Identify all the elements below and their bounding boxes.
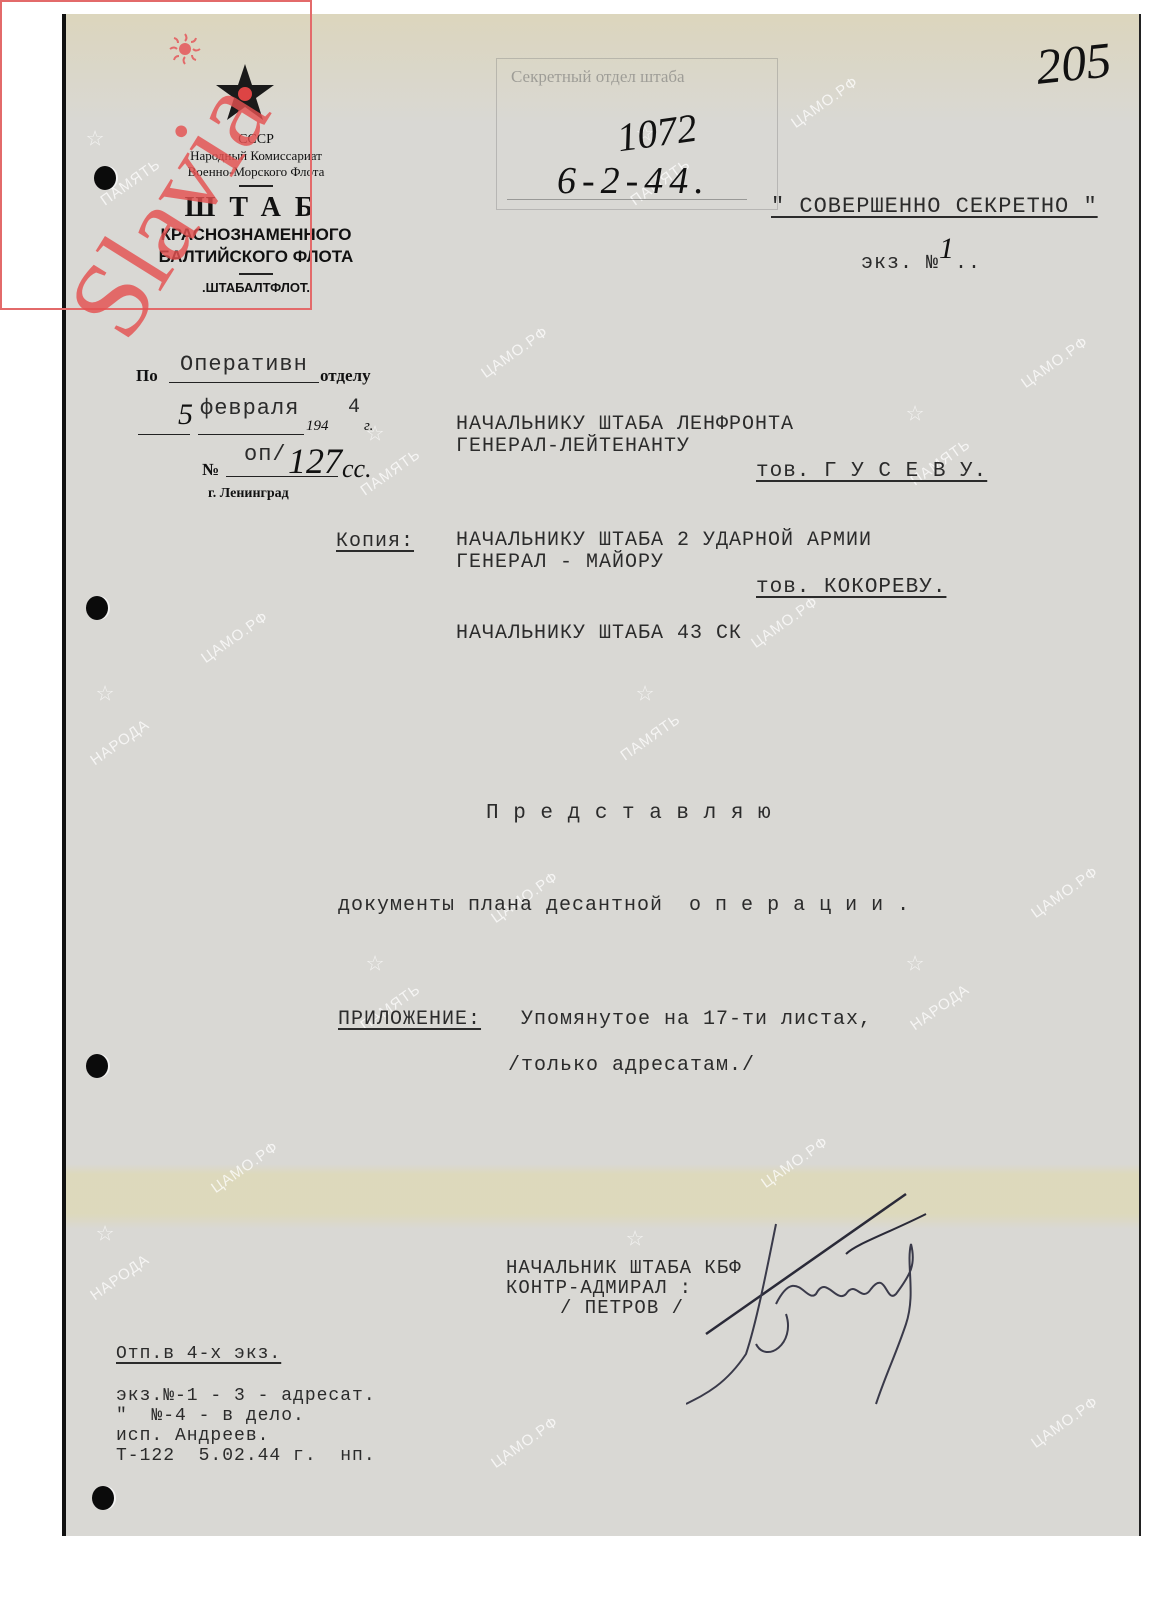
date-day: 5 — [178, 398, 193, 432]
form-line — [198, 434, 304, 435]
copy-addressee-2: НАЧАЛЬНИКУ ШТАБА 43 СК — [456, 622, 742, 645]
body-line1: П р е д с т а в л я ю — [486, 802, 772, 825]
footer-line1: экз.№-1 - 3 - адресат. — [116, 1386, 376, 1406]
attachment-note: /только адресатам./ — [508, 1054, 755, 1077]
signature-name: / ПЕТРОВ / — [506, 1297, 684, 1319]
copy-label: Копия: — [336, 530, 414, 553]
copy-number-label: экз. №1.. — [861, 242, 981, 276]
date-year-prefix: 194 — [306, 418, 329, 435]
copy-number: 1 — [939, 232, 955, 265]
punch-hole — [86, 1054, 108, 1078]
archive-watermark: ЦАМО.РФ — [1018, 333, 1091, 391]
footer-line2: " №-4 - в дело. — [116, 1406, 305, 1426]
date-year-suffix: г. — [364, 418, 373, 435]
archive-watermark: НАРОДА — [87, 1251, 152, 1304]
copy-addressee-1: НАЧАЛЬНИКУ ШТАБА 2 УДАРНОЙ АРМИИ ГЕНЕРАЛ… — [456, 530, 872, 574]
primary-addressee-name: тов. Г У С Е В У. — [756, 460, 987, 483]
archive-watermark: ЦАМО.РФ — [1028, 863, 1101, 921]
classification-label: " СОВЕРШЕННО СЕКРЕТНО " — [771, 194, 1098, 219]
primary-addressee-line2: ГЕНЕРАЛ-ЛЕЙТЕНАНТУ — [456, 435, 690, 458]
archive-watermark: ЦАМО.РФ — [208, 1138, 281, 1196]
footer-line4: Т-122 5.02.44 г. нп. — [116, 1446, 376, 1466]
star-watermark-icon: ☆ — [906, 394, 924, 431]
copy-addressee-1-line2: ГЕНЕРАЛ - МАЙОРУ — [456, 551, 664, 574]
stamp-line — [507, 199, 747, 200]
number-prefix: № — [202, 460, 219, 480]
dept-prefix: По — [136, 366, 158, 386]
number-suffix: сс. — [342, 454, 372, 484]
primary-addressee: НАЧАЛЬНИКУ ШТАБА ЛЕНФРОНТА ГЕНЕРАЛ-ЛЕЙТЕ… — [456, 414, 794, 458]
form-line — [169, 382, 319, 383]
form-line — [138, 434, 190, 435]
footer-copies: Отп.в 4-х экз. — [116, 1344, 281, 1364]
signature-rank: КОНТР-АДМИРАЛ : — [506, 1277, 692, 1299]
archive-watermark: ЦАМО.РФ — [198, 608, 271, 666]
archive-watermark: ЦАМО.РФ — [788, 73, 861, 131]
registration-date: 6-2-44. — [557, 159, 710, 203]
archive-watermark: ЦАМО.РФ — [488, 1413, 561, 1471]
stamp-header: Секретный отдел штаба — [511, 67, 685, 87]
primary-addressee-line1: НАЧАЛЬНИКУ ШТАБА ЛЕНФРОНТА — [456, 413, 794, 436]
archive-watermark: НАРОДА — [907, 981, 972, 1034]
star-watermark-icon: ☆ — [366, 944, 384, 981]
punch-hole — [92, 1486, 114, 1510]
number-typed: оп/ — [244, 442, 287, 467]
punch-hole — [86, 596, 108, 620]
form-line — [226, 476, 338, 477]
registration-stamp: Секретный отдел штаба 1072 6-2-44. — [496, 58, 778, 210]
archive-watermark: НАРОДА — [87, 716, 152, 769]
star-watermark-icon: ☆ — [96, 1214, 114, 1251]
copy-addressee-1-line1: НАЧАЛЬНИКУ ШТАБА 2 УДАРНОЙ АРМИИ — [456, 529, 872, 552]
archive-watermark: ЦАМО.РФ — [758, 1133, 831, 1191]
handwritten-signature — [686, 1184, 986, 1414]
dept-value: Оперативн — [180, 352, 308, 377]
archive-watermark: ЦАМО.РФ — [1028, 1393, 1101, 1451]
body-line2: документы плана десантной о п е р а ц и … — [338, 894, 910, 917]
archive-watermark: ЦАМО.РФ — [478, 323, 551, 381]
star-watermark-icon: ☆ — [626, 1219, 644, 1256]
attachment-text: Упомянутое на 17-ти листах, — [521, 1008, 872, 1031]
registration-number: 1072 — [614, 104, 700, 162]
archive-watermark: ПАМЯТЬ — [617, 711, 683, 765]
attachment-label: ПРИЛОЖЕНИЕ: — [338, 1008, 481, 1031]
footer-line3: исп. Андреев. — [116, 1426, 269, 1446]
page-number: 205 — [1033, 30, 1114, 96]
date-month: февраля — [200, 396, 299, 421]
star-watermark-icon: ☆ — [96, 674, 114, 711]
city: г. Ленинград — [208, 486, 289, 502]
date-year-digit: 4 — [348, 396, 361, 419]
slavia-watermark-frame: Slavia — [0, 0, 312, 310]
copy-addressee-1-name: тов. КОКОРЕВУ. — [756, 576, 946, 599]
archive-watermark: ЦАМО.РФ — [748, 593, 821, 651]
star-watermark-icon: ☆ — [636, 674, 654, 711]
star-watermark-icon: ☆ — [906, 944, 924, 981]
dept-suffix: отделу — [320, 366, 371, 386]
footer-distribution: экз.№-1 - 3 - адресат. " №-4 - в дело. и… — [116, 1386, 376, 1466]
